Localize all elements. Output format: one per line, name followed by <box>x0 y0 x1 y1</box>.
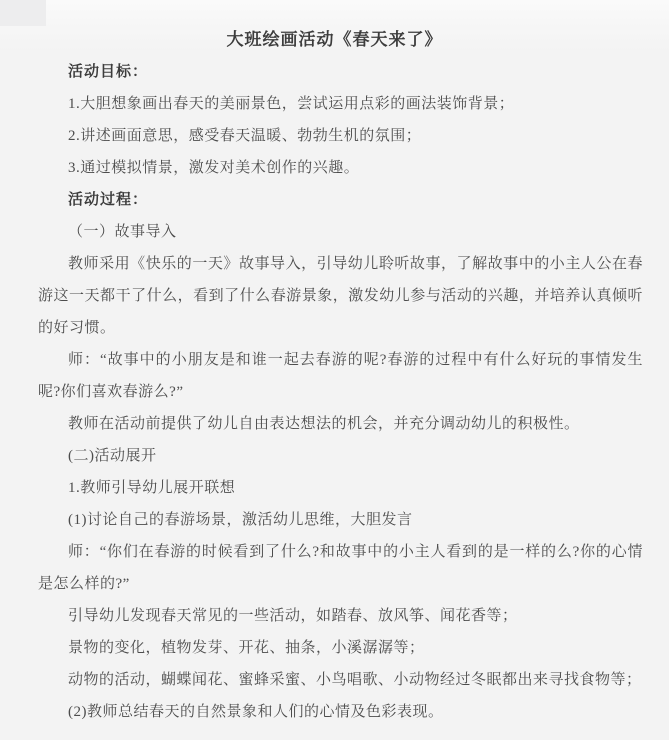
paragraph: (1)讨论自己的春游场景，激活幼儿思维，大胆发言 <box>38 504 643 536</box>
paragraph: 教师在活动前提供了幼儿自由表达想法的机会，并充分调动幼儿的积极性。 <box>38 408 643 440</box>
paragraph: (二)活动展开 <box>38 440 643 472</box>
paragraph: 动物的活动，蝴蝶闻花、蜜蜂采蜜、小鸟唱歌、小动物经过冬眠都出来寻找食物等； <box>38 664 643 696</box>
document-page: 大班绘画活动《春天来了》 活动目标：1.大胆想象画出春天的美丽景色，尝试运用点彩… <box>0 0 669 740</box>
paragraph: 1.大胆想象画出春天的美丽景色，尝试运用点彩的画法装饰背景； <box>38 88 643 120</box>
paragraph: 师：“故事中的小朋友是和谁一起去春游的呢?春游的过程中有什么好玩的事情发生呢?你… <box>38 344 643 408</box>
section-heading: 活动过程： <box>38 184 643 216</box>
paragraph: 3.通过模拟情景，激发对美术创作的兴趣。 <box>38 152 643 184</box>
paragraph: 引导幼儿发现春天常见的一些活动，如踏春、放风筝、闻花香等； <box>38 600 643 632</box>
document-body: 活动目标：1.大胆想象画出春天的美丽景色，尝试运用点彩的画法装饰背景；2.讲述画… <box>38 56 643 728</box>
corner-artifact <box>0 0 46 26</box>
paragraph: （一）故事导入 <box>38 216 643 248</box>
paragraph: 2.讲述画面意思，感受春天温暖、勃勃生机的氛围； <box>38 120 643 152</box>
paragraph: (2)教师总结春天的自然景象和人们的心情及色彩表现。 <box>38 696 643 728</box>
document-title: 大班绘画活动《春天来了》 <box>38 24 631 56</box>
paragraph: 1.教师引导幼儿展开联想 <box>38 472 643 504</box>
section-heading: 活动目标： <box>38 56 643 88</box>
paragraph: 教师采用《快乐的一天》故事导入，引导幼儿聆听故事，了解故事中的小主人公在春游这一… <box>38 248 643 344</box>
paragraph: 景物的变化，植物发芽、开花、抽条，小溪潺潺等； <box>38 632 643 664</box>
paragraph: 师：“你们在春游的时候看到了什么?和故事中的小主人看到的是一样的么?你的心情是怎… <box>38 536 643 600</box>
